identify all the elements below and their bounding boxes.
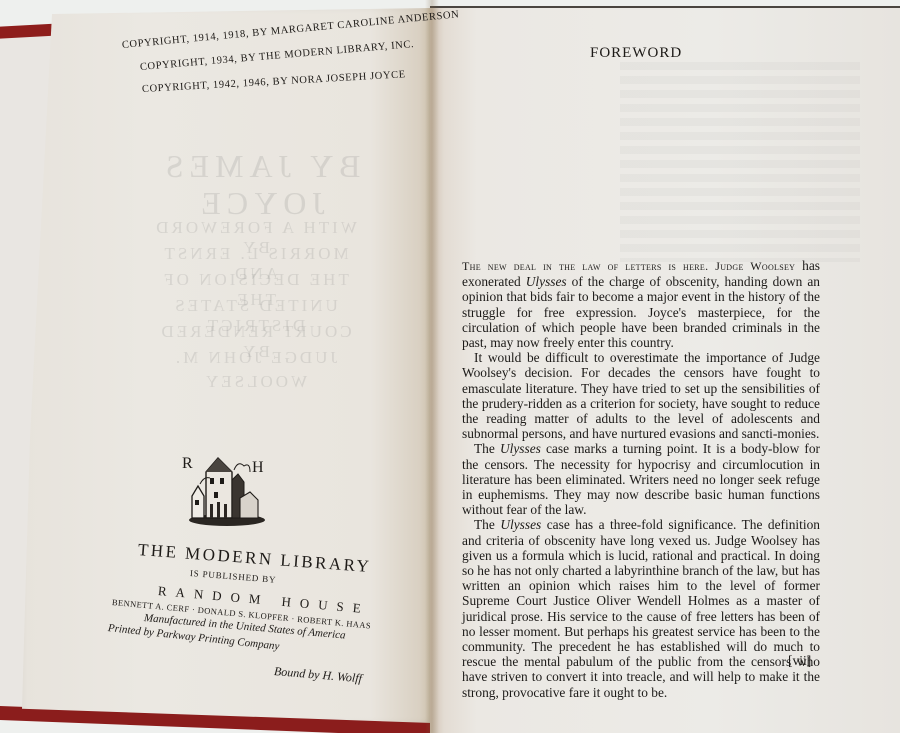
showthrough-line: JUDGE JOHN M.: [140, 348, 370, 368]
house-icon: R H: [180, 448, 270, 532]
paragraph: The new deal in the law of letters is he…: [462, 258, 820, 350]
paragraph: It would be difficult to overestimate th…: [462, 350, 820, 441]
paragraph: The Ulysses case marks a turning point. …: [462, 441, 820, 517]
foreword-heading: FOREWORD: [590, 45, 682, 62]
open-book-photo: COPYRIGHT, 1914, 1918, BY MARGARET CAROL…: [0, 0, 900, 733]
paragraph: The Ulysses case has a three-fold signif…: [462, 517, 820, 699]
svg-text:H: H: [252, 459, 264, 476]
lead-caps: The new deal in the law of letters is he…: [462, 259, 795, 273]
showthrough-title: BY JAMES JOYCE: [130, 148, 390, 222]
book-gutter: [425, 0, 439, 733]
showthrough-text: [620, 62, 860, 262]
page-number: [vii]: [788, 653, 811, 669]
showthrough-line: WOOLSEY: [140, 372, 370, 392]
svg-text:R: R: [182, 455, 193, 472]
random-house-logo: R H: [180, 448, 270, 532]
foreword-body: The new deal in the law of letters is he…: [462, 258, 820, 700]
